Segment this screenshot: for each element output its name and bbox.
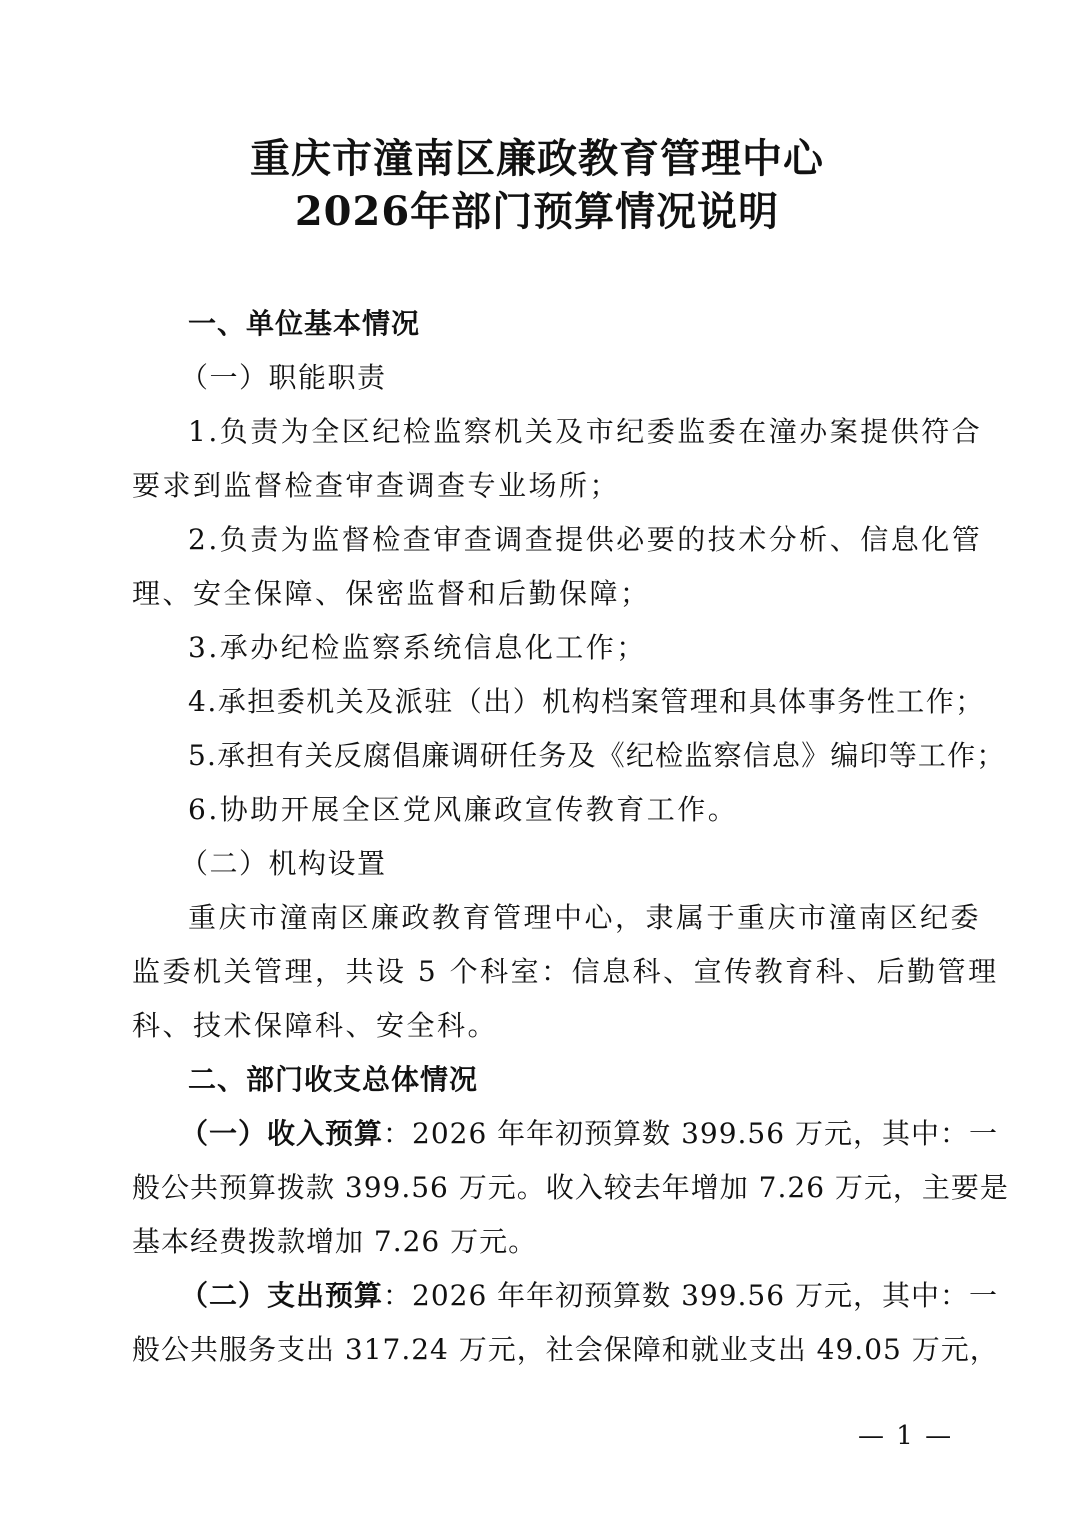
duty-line: 3.承办纪检监察系统信息化工作； bbox=[188, 630, 1008, 666]
document-title-line2: 2026年部门预算情况说明 bbox=[0, 188, 1074, 236]
duty-line: 要求到监督检查审查调查专业场所； bbox=[132, 468, 952, 504]
subsection-heading-organization: （二）机构设置 bbox=[180, 846, 1000, 882]
expense-paragraph-line: （二）支出预算：2026 年年初预算数 399.56 万元，其中：一 bbox=[180, 1278, 1000, 1314]
org-line: 重庆市潼南区廉政教育管理中心，隶属于重庆市潼南区纪委 bbox=[188, 900, 1008, 936]
duty-line: 1.负责为全区纪检监察机关及市纪委监委在潼办案提供符合 bbox=[188, 414, 1008, 450]
duty-line: 6.协助开展全区党风廉政宣传教育工作。 bbox=[188, 792, 1008, 828]
org-line: 科、技术保障科、安全科。 bbox=[132, 1008, 952, 1044]
duty-line: 2.负责为监督检查审查调查提供必要的技术分析、信息化管 bbox=[188, 522, 1008, 558]
section-heading-basic-info: 一、单位基本情况 bbox=[188, 306, 1008, 342]
income-text: ：2026 年年初预算数 399.56 万元，其中：一 bbox=[383, 1117, 998, 1150]
expense-paragraph-line: 般公共服务支出 317.24 万元，社会保障和就业支出 49.05 万元， bbox=[132, 1332, 952, 1368]
duty-line: 理、安全保障、保密监督和后勤保障； bbox=[132, 576, 952, 612]
income-label: （一）收入预算 bbox=[180, 1117, 383, 1150]
income-paragraph-line: 基本经费拨款增加 7.26 万元。 bbox=[132, 1224, 952, 1260]
expense-label: （二）支出预算 bbox=[180, 1279, 383, 1312]
income-paragraph-line: 般公共预算拨款 399.56 万元。收入较去年增加 7.26 万元，主要是 bbox=[132, 1170, 952, 1206]
expense-text: ：2026 年年初预算数 399.56 万元，其中：一 bbox=[383, 1279, 998, 1312]
document-title-line1: 重庆市潼南区廉政教育管理中心 bbox=[0, 135, 1074, 183]
duty-line: 4.承担委机关及派驻（出）机构档案管理和具体事务性工作； bbox=[188, 684, 1008, 720]
section-heading-budget-overview: 二、部门收支总体情况 bbox=[188, 1062, 1008, 1098]
duty-line: 5.承担有关反腐倡廉调研任务及《纪检监察信息》编印等工作； bbox=[188, 738, 1008, 774]
page-number: — 1 — bbox=[858, 1420, 953, 1452]
org-line: 监委机关管理，共设 5 个科室：信息科、宣传教育科、后勤管理 bbox=[132, 954, 952, 990]
income-paragraph-line: （一）收入预算：2026 年年初预算数 399.56 万元，其中：一 bbox=[180, 1116, 1000, 1152]
subsection-heading-duties: （一）职能职责 bbox=[180, 360, 1000, 396]
